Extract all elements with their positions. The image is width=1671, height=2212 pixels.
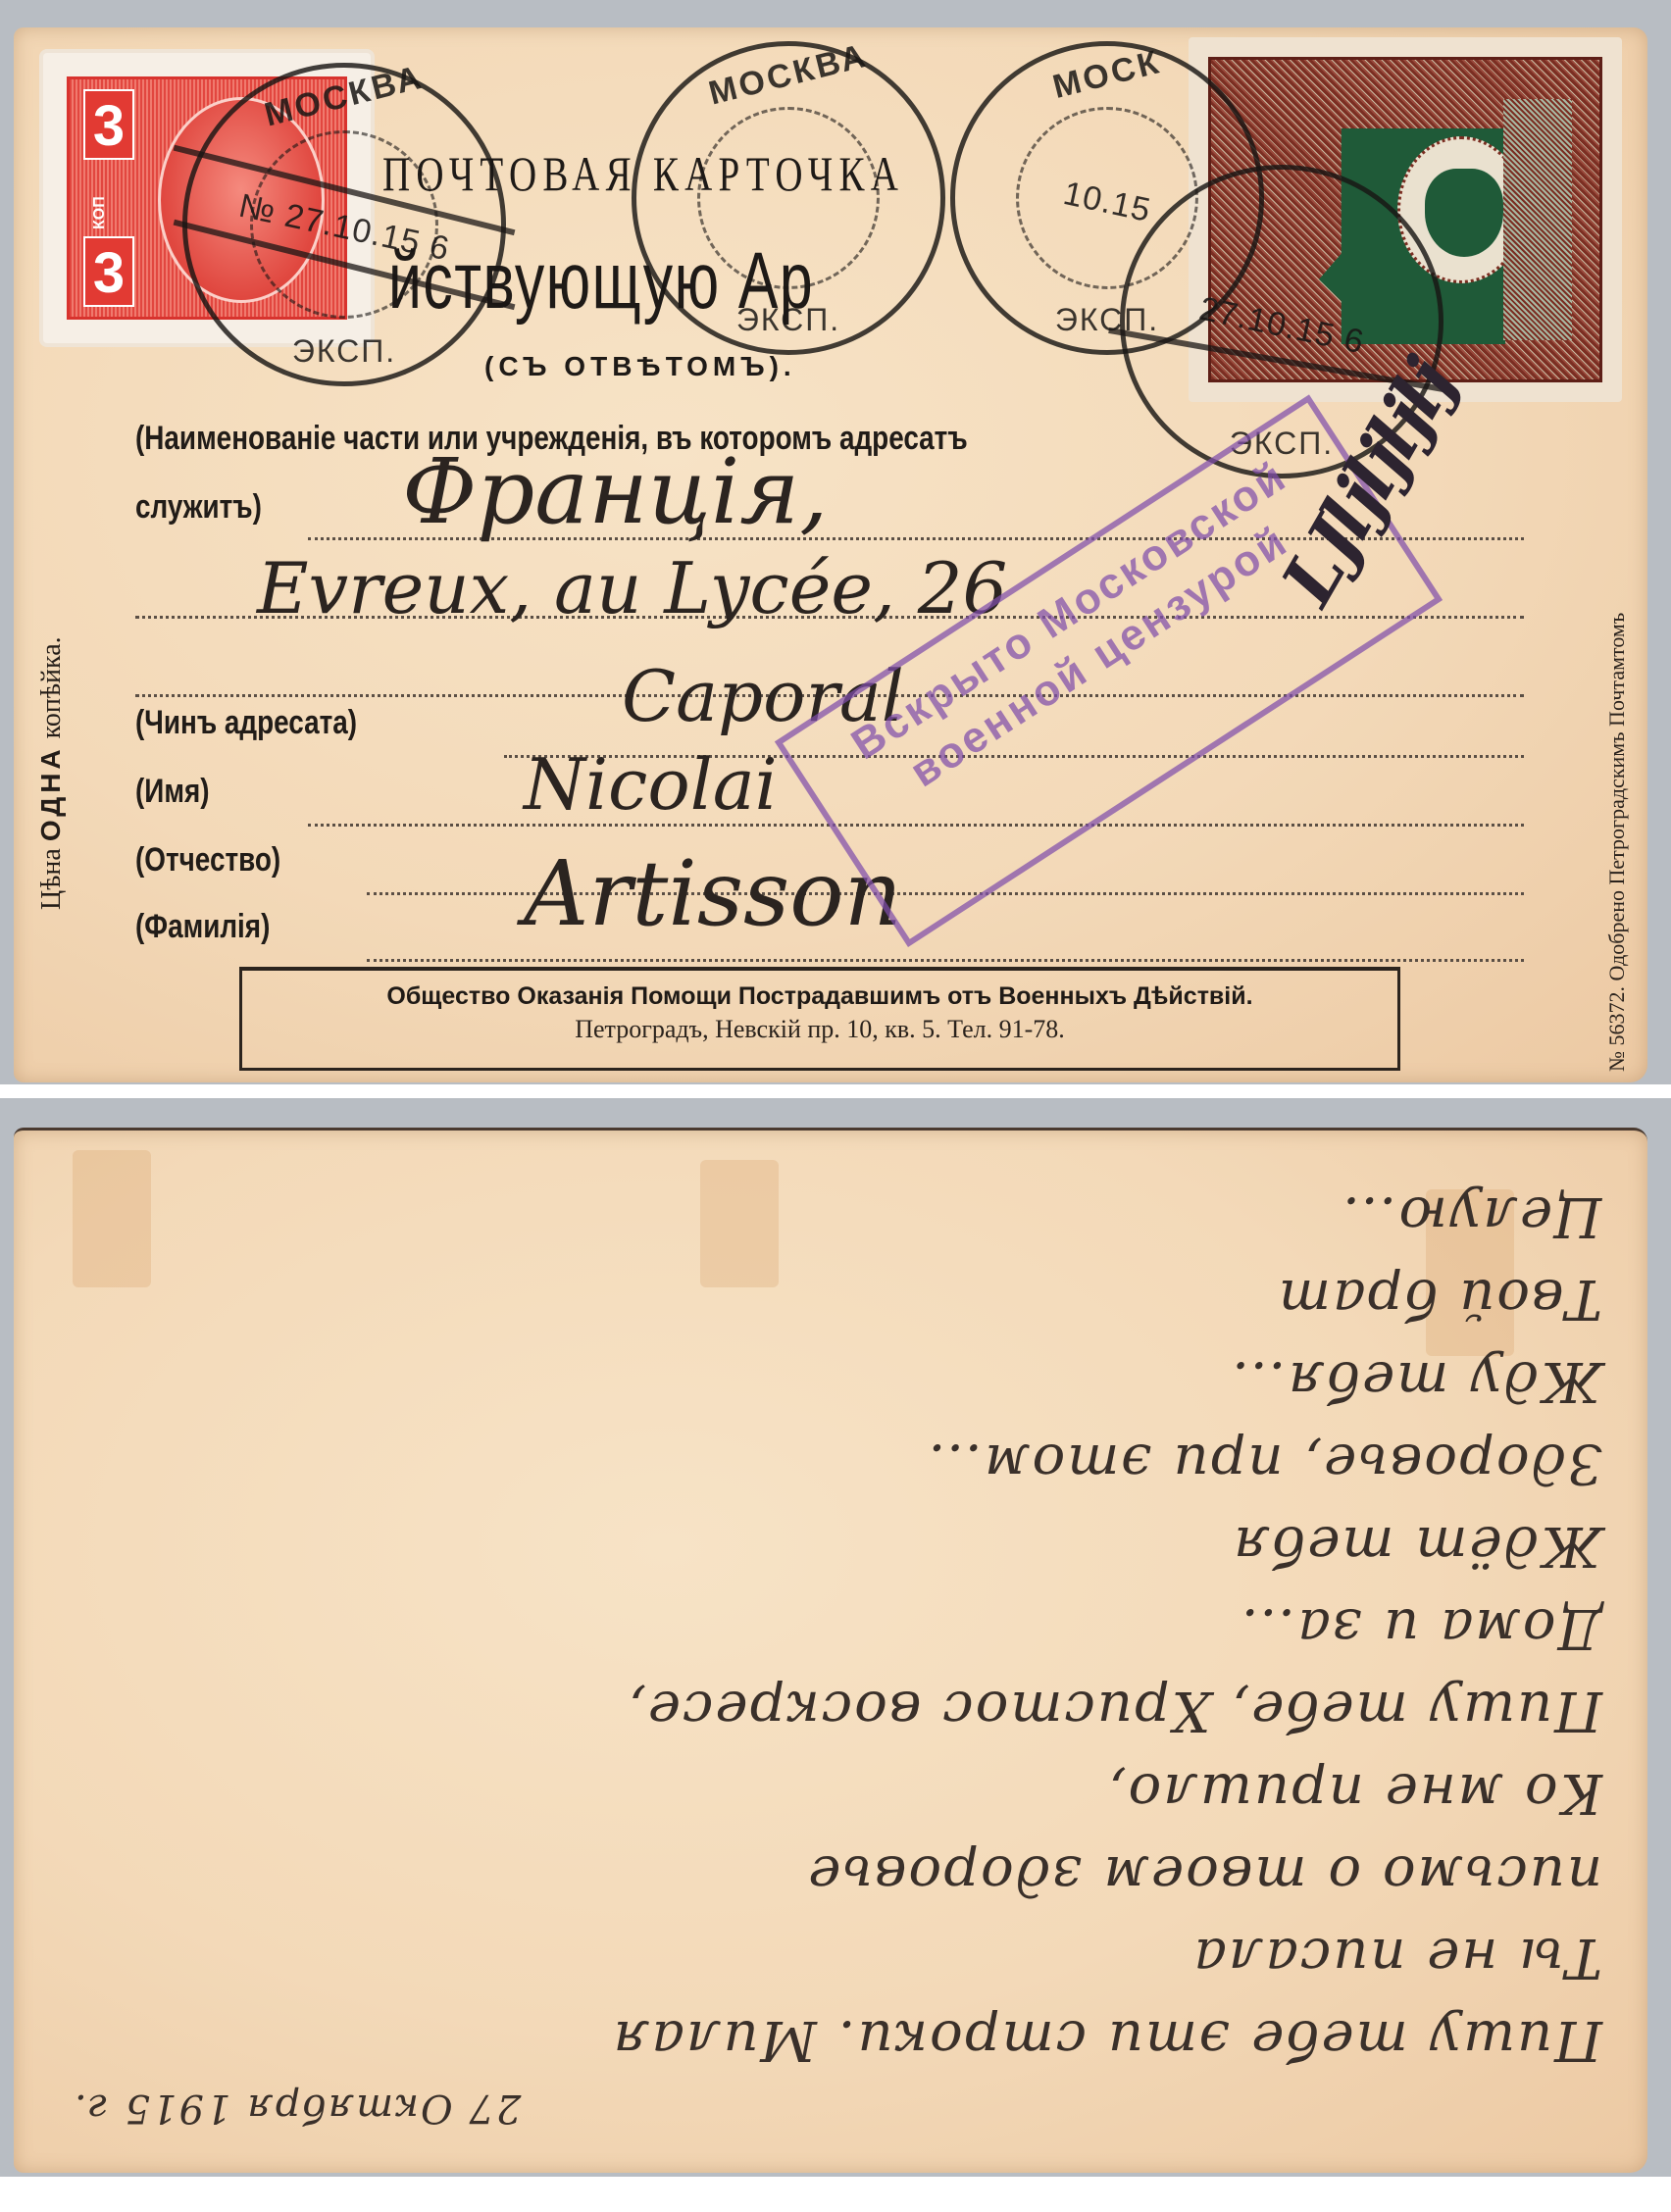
- letter-line: Ко мне пришло,: [53, 1742, 1602, 1825]
- letter-line: Ты не писала: [53, 1907, 1602, 1989]
- moscow-postmark: МОСКВА № 27.10.15 6 ЭКСП.: [182, 63, 506, 386]
- letter-line: Жду тебя…: [53, 1331, 1602, 1413]
- handwritten-city: Evreux, au Lycée, 26: [257, 547, 1007, 629]
- letter-line: Здоровье, при этом…: [53, 1413, 1602, 1495]
- stamp-side-panel: [1503, 99, 1572, 340]
- letter-line: Ждёт тебя: [53, 1495, 1602, 1578]
- handwritten-country: Франція,: [402, 439, 828, 544]
- letter-line: Пишу тебе, Христос воскресе,: [53, 1660, 1602, 1742]
- handwritten-surname: Artisson: [524, 841, 902, 946]
- postcard-back: 27 Октября 1915 г. Пишу тебе эти строки.…: [14, 1128, 1647, 2173]
- handwritten-name: Nicolai: [524, 743, 778, 826]
- letter-line: письмо о твоем здоровье: [53, 1825, 1602, 1907]
- label-patronymic: (Отчество): [135, 841, 280, 880]
- postcard-front: 3 КОП 3 ПОЧТОВАЯ КАРТОЧКА йствующую Ар (…: [14, 27, 1647, 1082]
- card-reply-note: (СЪ ОТВѢТОМЪ).: [484, 351, 796, 382]
- letter-line: Дома и за…: [53, 1578, 1602, 1660]
- letter-date: 27 Октября 1915 г.: [53, 2072, 1602, 2131]
- letter-line: Пишу тебе эти строки. Милая: [53, 1989, 1602, 2072]
- handwritten-letter: 27 Октября 1915 г. Пишу тебе эти строки.…: [53, 1189, 1602, 2131]
- label-surname: (Фамилія): [135, 908, 270, 946]
- label-rank: (Чинъ адресата): [135, 704, 357, 742]
- letter-line: Целую…: [53, 1166, 1602, 1248]
- surname-line: [367, 959, 1524, 962]
- society-imprint: Общество Оказанія Помощи Пострадавшимъ о…: [239, 967, 1400, 1071]
- letter-line: Твой брат: [53, 1248, 1602, 1331]
- label-serves: служитъ): [135, 488, 262, 527]
- society-name: Общество Оказанія Помощи Пострадавшимъ о…: [242, 982, 1397, 1011]
- approval-note: № 56372. Одобрено Петроградскимъ Почтамт…: [1604, 613, 1630, 1072]
- stamp-value-bottom: 3: [83, 236, 134, 307]
- society-address: Петроградъ, Невскій пр. 10, кв. 5. Тел. …: [242, 1015, 1397, 1044]
- price-note: Цѣна ОДНА копѣйка.: [35, 636, 68, 910]
- label-name: (Имя): [135, 773, 210, 811]
- stamp-value-top: 3: [83, 89, 134, 160]
- moscow-postmark: МОСКВА ЭКСП.: [632, 41, 945, 355]
